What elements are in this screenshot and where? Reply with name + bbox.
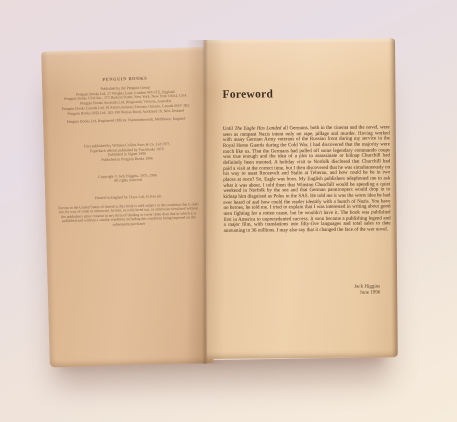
signature-block: Jack Higgins June 1996 (224, 284, 380, 297)
signature-date: June 1996 (224, 290, 380, 297)
open-book: PENGUIN BOOKS Published by the Penguin G… (0, 0, 457, 422)
photo-background: PENGUIN BOOKS Published by the Penguin G… (0, 0, 457, 422)
foreword-body-rest: all Germans, both in the cinema and the … (223, 125, 391, 233)
foreword-body-pre: Until (223, 127, 235, 132)
foreword-body: Until The Eagle Has Landed all Germans, … (223, 125, 391, 234)
foreword-heading: Foreword (222, 88, 273, 100)
conditions-of-sale: Except in the United States of America, … (57, 202, 200, 228)
book-title-italic: The Eagle Has Landed (235, 126, 282, 131)
imprint-block: PENGUIN BOOKS Published by the Penguin G… (41, 47, 210, 229)
copyright-page: PENGUIN BOOKS Published by the Penguin G… (41, 47, 214, 367)
foreword-page: Foreword Until The Eagle Has Landed all … (204, 38, 398, 359)
